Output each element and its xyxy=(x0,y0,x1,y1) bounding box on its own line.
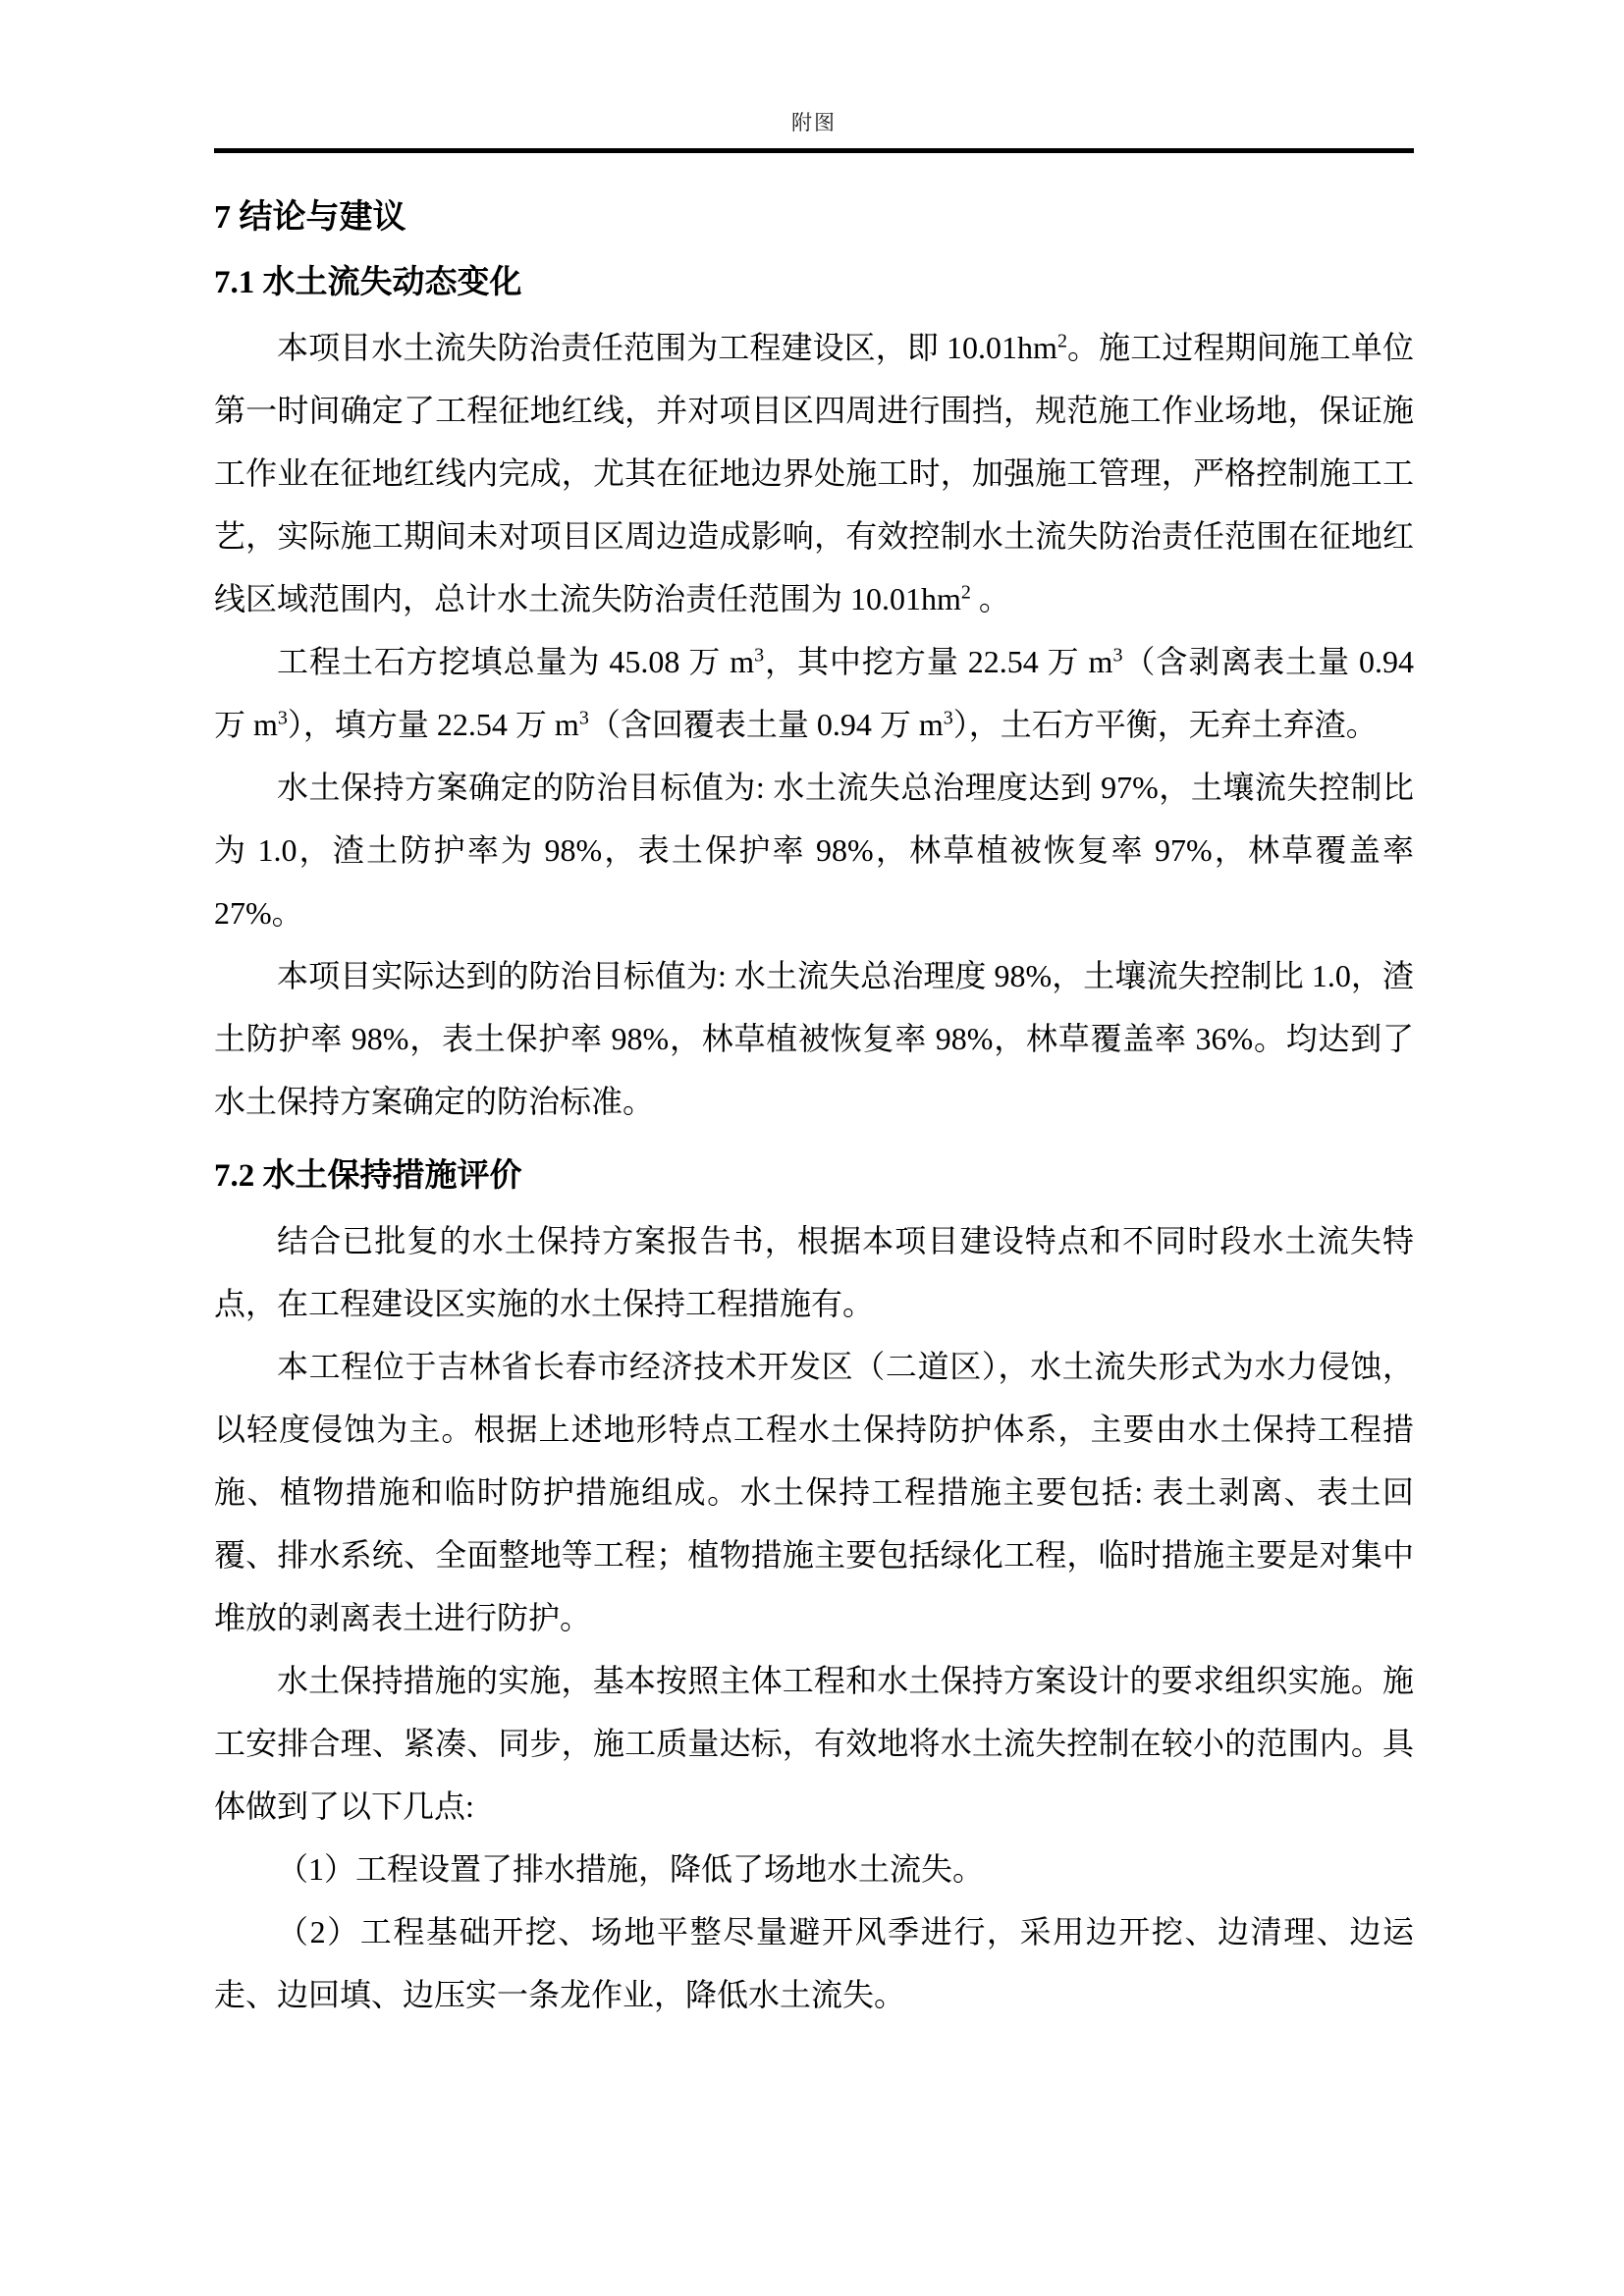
text-run: ，其中挖方量 22.54 万 m xyxy=(764,644,1112,679)
heading-section-7-2: 7.2 水土保持措施评价 xyxy=(214,1154,1414,1198)
superscript-2: 2 xyxy=(961,581,971,603)
superscript-3: 3 xyxy=(1112,644,1122,666)
paragraph-measures-intro: 结合已批复的水土保持方案报告书，根据本项目建设特点和不同时段水土流失特点，在工程… xyxy=(214,1209,1414,1335)
paragraph-implementation: 水土保持措施的实施，基本按照主体工程和水土保持方案设计的要求组织实施。施工安排合… xyxy=(214,1649,1414,1838)
paragraph-responsibility-scope: 本项目水土流失防治责任范围为工程建设区，即 10.01hm2。施工过程期间施工单… xyxy=(214,316,1414,630)
paragraph-list-item-1: （1）工程设置了排水措施，降低了场地水土流失。 xyxy=(214,1838,1414,1900)
header-rule xyxy=(214,148,1414,153)
text-run: ），土石方平衡，无弃土弃渣。 xyxy=(953,707,1378,742)
text-run: 本项目水土流失防治责任范围为工程建设区，即 10.01hm xyxy=(277,330,1057,365)
text-run: 。施工过程期间施工单位第一时间确定了工程征地红线，并对项目区四周进行围挡，规范施… xyxy=(214,330,1414,616)
text-run: （含回覆表土量 0.94 万 m xyxy=(589,707,944,742)
superscript-3: 3 xyxy=(944,707,953,728)
superscript-2: 2 xyxy=(1057,330,1067,351)
paragraph-plan-target-values: 水土保持方案确定的防治目标值为: 水土流失总治理度达到 97%，土壤流失控制比为… xyxy=(214,756,1414,944)
paragraph-achieved-target-values: 本项目实际达到的防治目标值为: 水土流失总治理度 98%，土壤流失控制比 1.0… xyxy=(214,944,1414,1133)
page-header-title: 附图 xyxy=(214,110,1414,135)
heading-section-7-1: 7.1 水土流失动态变化 xyxy=(214,261,1414,304)
superscript-3: 3 xyxy=(754,644,764,666)
document-page: 附图 7 结论与建议 7.1 水土流失动态变化 本项目水土流失防治责任范围为工程… xyxy=(0,0,1624,2296)
text-run: ），填方量 22.54 万 m xyxy=(288,707,579,742)
heading-chapter-7: 7 结论与建议 xyxy=(214,196,1414,240)
text-run: 工程土石方挖填总量为 45.08 万 m xyxy=(277,644,754,679)
superscript-3: 3 xyxy=(579,707,589,728)
paragraph-list-item-2: （2）工程基础开挖、场地平整尽量避开风季进行，采用边开挖、边清理、边运走、边回填… xyxy=(214,1900,1414,2026)
paragraph-earthwork-volumes: 工程土石方挖填总量为 45.08 万 m3，其中挖方量 22.54 万 m3（含… xyxy=(214,630,1414,756)
page-header: 附图 xyxy=(214,0,1414,153)
superscript-3: 3 xyxy=(278,707,288,728)
paragraph-project-location: 本工程位于吉林省长春市经济技术开发区（二道区），水土流失形式为水力侵蚀，以轻度侵… xyxy=(214,1335,1414,1649)
text-run: 。 xyxy=(971,581,1010,616)
